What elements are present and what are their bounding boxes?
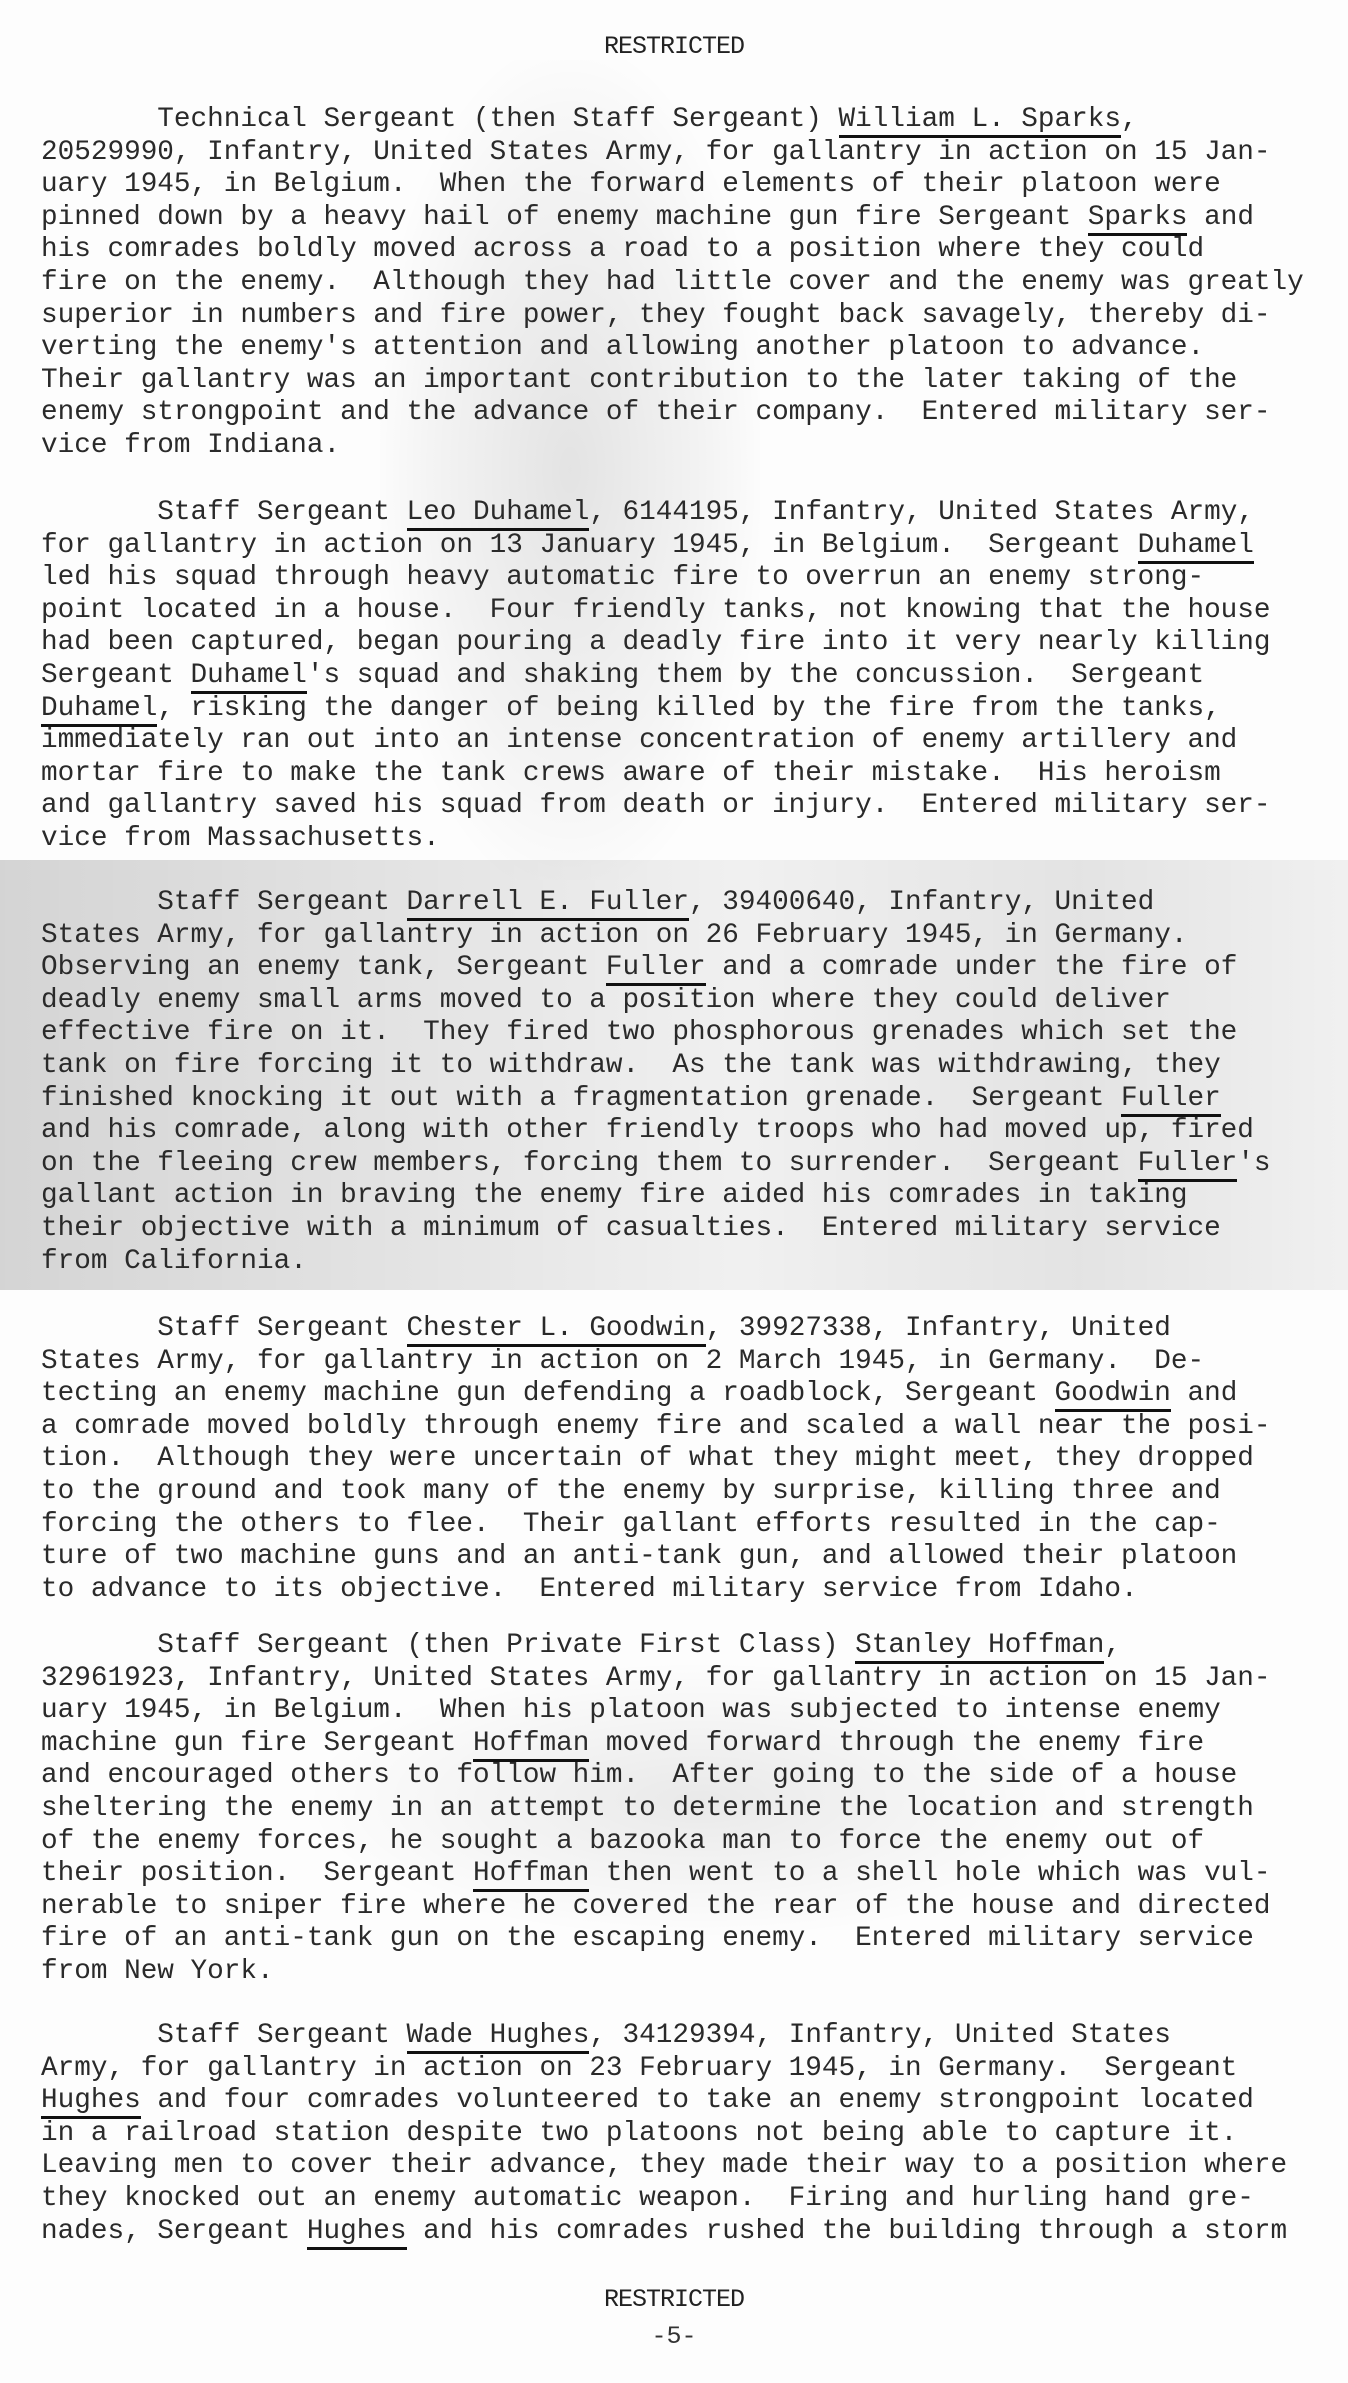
text-line: vice from Indiana. [41,430,1331,463]
text-line: Army, for gallantry in action on 23 Febr… [41,2053,1331,2086]
text-line: effective fire on it. They fired two pho… [41,1017,1331,1050]
text-line: pinned down by a heavy hail of enemy mac… [41,202,1331,235]
text-line: tank on fire forcing it to withdraw. As … [41,1050,1331,1083]
text-line: Duhamel, risking the danger of being kil… [41,693,1331,726]
text-line: their position. Sergeant Hoffman then we… [41,1858,1331,1891]
text-line: uary 1945, in Belgium. When his platoon … [41,1695,1331,1728]
text-line: Staff Sergeant Leo Duhamel, 6144195, Inf… [41,497,1331,530]
text-line: machine gun fire Sergeant Hoffman moved … [41,1728,1331,1761]
text-line: sheltering the enemy in an attempt to de… [41,1793,1331,1826]
classification-header: RESTRICTED [0,32,1348,61]
text-line: from New York. [41,1956,1331,1989]
text-line: their objective with a minimum of casual… [41,1213,1331,1246]
classification-footer: RESTRICTED [0,2285,1348,2314]
text-line: in a railroad station despite two platoo… [41,2118,1331,2151]
text-line: forcing the others to flee. Their gallan… [41,1509,1331,1542]
citation-paragraph: Staff Sergeant Chester L. Goodwin, 39927… [41,1313,1331,1606]
text-line: gallant action in braving the enemy fire… [41,1180,1331,1213]
text-line: States Army, for gallantry in action on … [41,920,1331,953]
text-line: Staff Sergeant Wade Hughes, 34129394, In… [41,2020,1331,2053]
text-line: led his squad through heavy automatic fi… [41,562,1331,595]
text-line: 20529990, Infantry, United States Army, … [41,137,1331,170]
text-line: nades, Sergeant Hughes and his comrades … [41,2216,1331,2249]
text-line: Hughes and four comrades volunteered to … [41,2085,1331,2118]
citation-paragraph: Staff Sergeant Wade Hughes, 34129394, In… [41,2020,1331,2248]
citation-paragraph: Staff Sergeant Darrell E. Fuller, 394006… [41,887,1331,1278]
text-line: tion. Although they were uncertain of wh… [41,1443,1331,1476]
text-line: Staff Sergeant (then Private First Class… [41,1630,1331,1663]
text-line: had been captured, began pouring a deadl… [41,627,1331,660]
citation-paragraph: Technical Sergeant (then Staff Sergeant)… [41,104,1331,463]
text-line: verting the enemy's attention and allowi… [41,332,1331,365]
text-line: to advance to its objective. Entered mil… [41,1574,1331,1607]
text-line: Their gallantry was an important contrib… [41,365,1331,398]
text-line: mortar fire to make the tank crews aware… [41,758,1331,791]
text-line: vice from Massachusetts. [41,823,1331,856]
text-line: finished knocking it out with a fragment… [41,1083,1331,1116]
citation-paragraph: Staff Sergeant (then Private First Class… [41,1630,1331,1989]
text-line: fire on the enemy. Although they had lit… [41,267,1331,300]
text-line: immediately ran out into an intense conc… [41,725,1331,758]
text-line: to the ground and took many of the enemy… [41,1476,1331,1509]
text-line: enemy strongpoint and the advance of the… [41,397,1331,430]
text-line: Sergeant Duhamel's squad and shaking the… [41,660,1331,693]
text-line: point located in a house. Four friendly … [41,595,1331,628]
text-line: they knocked out an enemy automatic weap… [41,2183,1331,2216]
text-line: fire of an anti-tank gun on the escaping… [41,1923,1331,1956]
text-line: nerable to sniper fire where he covered … [41,1891,1331,1924]
text-line: and encouraged others to follow him. Aft… [41,1760,1331,1793]
text-line: deadly enemy small arms moved to a posit… [41,985,1331,1018]
text-line: States Army, for gallantry in action on … [41,1346,1331,1379]
text-line: Staff Sergeant Darrell E. Fuller, 394006… [41,887,1331,920]
citation-paragraph: Staff Sergeant Leo Duhamel, 6144195, Inf… [41,497,1331,856]
text-line: for gallantry in action on 13 January 19… [41,530,1331,563]
text-line: tecting an enemy machine gun defending a… [41,1378,1331,1411]
text-line: Staff Sergeant Chester L. Goodwin, 39927… [41,1313,1331,1346]
text-line: a comrade moved boldly through enemy fir… [41,1411,1331,1444]
text-line: his comrades boldly moved across a road … [41,234,1331,267]
text-line: uary 1945, in Belgium. When the forward … [41,169,1331,202]
text-line: Observing an enemy tank, Sergeant Fuller… [41,952,1331,985]
text-line: superior in numbers and fire power, they… [41,300,1331,333]
text-line: and gallantry saved his squad from death… [41,790,1331,823]
text-line: Technical Sergeant (then Staff Sergeant)… [41,104,1331,137]
text-line: Leaving men to cover their advance, they… [41,2150,1331,2183]
text-line: from California. [41,1246,1331,1279]
text-line: ture of two machine guns and an anti-tan… [41,1541,1331,1574]
text-line: on the fleeing crew members, forcing the… [41,1148,1331,1181]
page-number: -5- [0,2322,1348,2351]
text-line: and his comrade, along with other friend… [41,1115,1331,1148]
text-line: of the enemy forces, he sought a bazooka… [41,1826,1331,1859]
text-line: 32961923, Infantry, United States Army, … [41,1663,1331,1696]
